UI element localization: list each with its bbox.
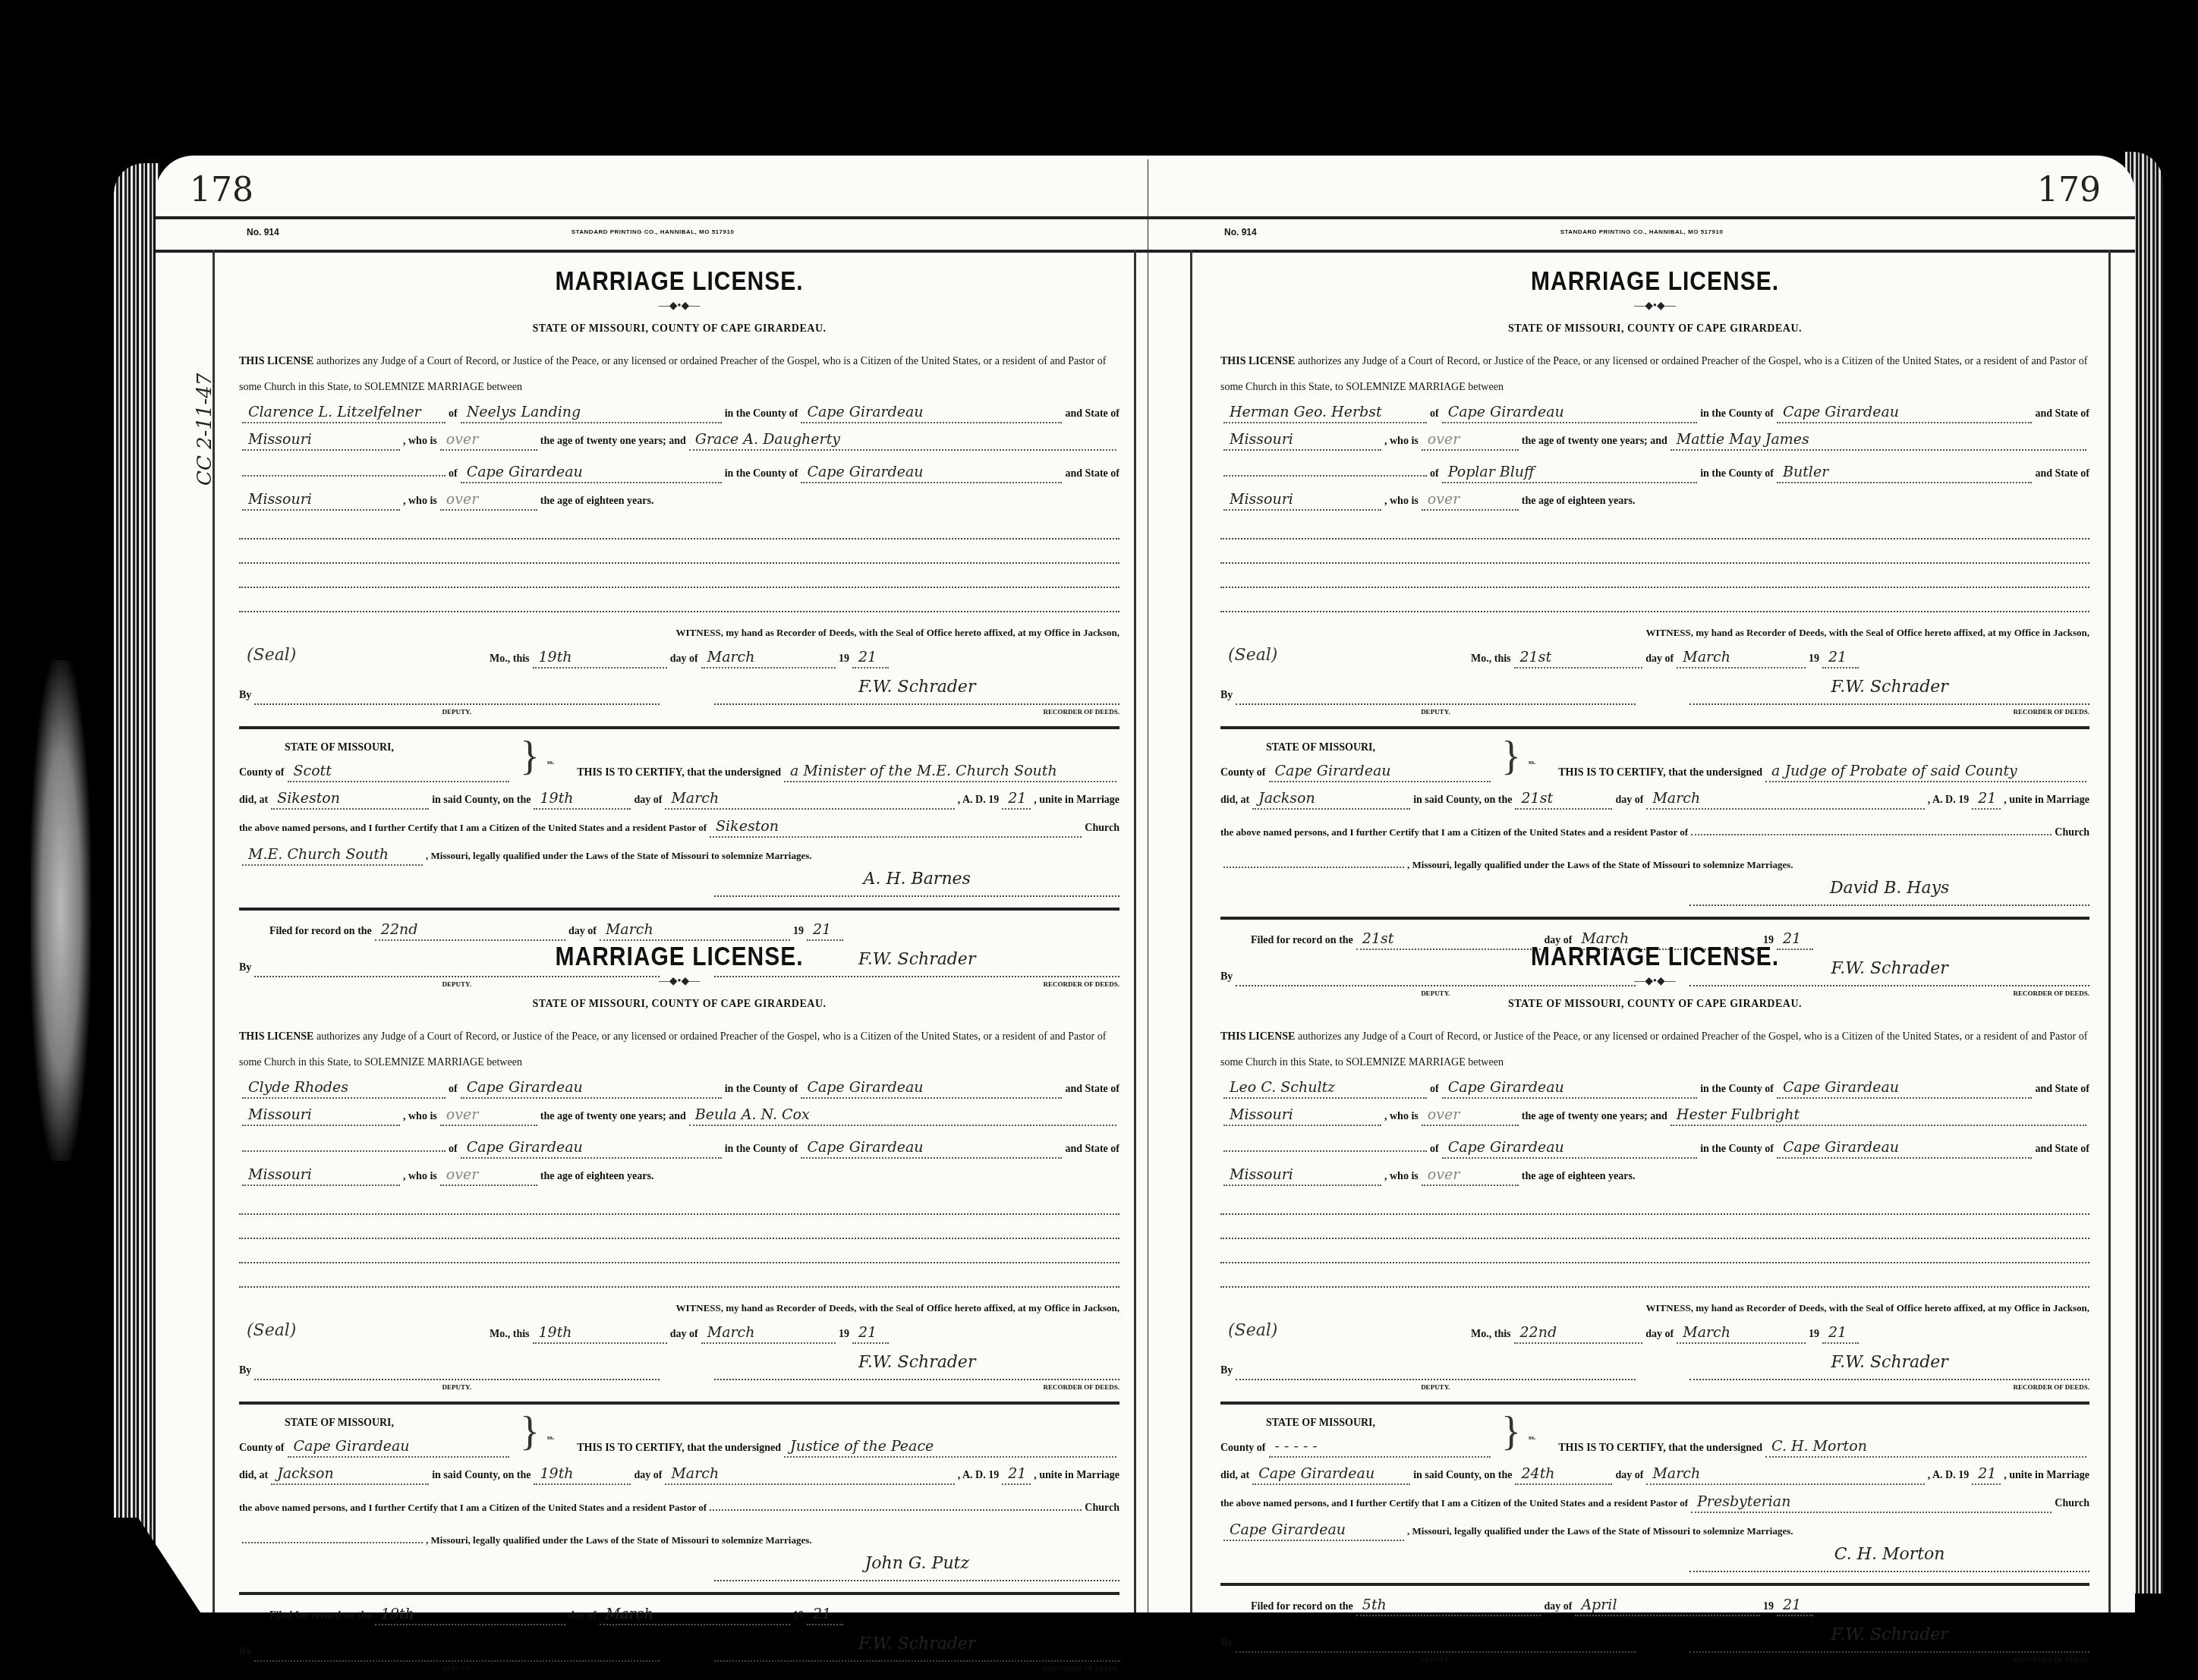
bride-name: Hester Fulbright (1671, 1105, 2086, 1126)
ceremony-day: 24th (1515, 1464, 1612, 1485)
recorder-signature: F.W. Schrader (714, 678, 1119, 705)
page-number: 178 (190, 171, 253, 209)
church-location: Cape Girardeau (1223, 1520, 1404, 1541)
license-title: MARRIAGE LICENSE. (239, 942, 1119, 972)
section-divider (1220, 917, 2089, 920)
groom-residence: Cape Girardeau (1442, 402, 1697, 423)
ceremony-place: Sikeston (271, 788, 429, 810)
authorization-text: THIS LICENSE authorizes any Judge of a C… (239, 349, 1119, 401)
bride-row: of Cape Girardeau in the County of Cape … (1220, 1131, 2089, 1163)
ornament-divider: —◆•◆— (239, 300, 1119, 313)
groom-row: Leo C. Schultz of Cape Girardeau in the … (1220, 1076, 2089, 1103)
certificate-county: Cape Girardeau (288, 1436, 509, 1458)
issued-year: 21 (852, 1323, 889, 1344)
bride-age: over (440, 489, 537, 511)
bride-residence: Cape Girardeau (461, 1137, 722, 1159)
blank-line (1220, 1263, 2089, 1288)
groom-county: Cape Girardeau (1777, 402, 2032, 423)
witness-date-row: Mo., this 19th day of March 19 21 (239, 646, 1119, 673)
blank-line (239, 1263, 1119, 1288)
groom-state-row: Missouri , who is over the age of twenty… (239, 1103, 1119, 1131)
bride-residence: Cape Girardeau (1442, 1137, 1697, 1159)
page-stack-left-edge (114, 163, 159, 1590)
scan-smudge (30, 660, 91, 1161)
section-divider (1220, 1583, 2089, 1586)
groom-row: Clyde Rhodes of Cape Girardeau in the Co… (239, 1076, 1119, 1103)
pastor-of (1691, 814, 2052, 835)
officiant-title: C. H. Morton (1765, 1436, 2086, 1458)
filed-row: Filed for record on the 5th day of April… (1220, 1593, 2089, 1621)
bride-state: Missouri (1223, 1165, 1381, 1186)
bride-state: Missouri (242, 489, 400, 511)
pastor-of: Sikeston (710, 816, 1082, 838)
bride-state: Missouri (242, 1165, 400, 1186)
blank-line (239, 1191, 1119, 1215)
officiant-signature: John G. Putz (714, 1554, 1119, 1581)
bride-county: Cape Girardeau (801, 1137, 1062, 1159)
ceremony-day: 19th (534, 788, 631, 810)
groom-state-row: Missouri , who is over the age of twenty… (1220, 1103, 2089, 1131)
groom-county: Cape Girardeau (801, 402, 1062, 423)
certificate-county: Cape Girardeau (1269, 761, 1491, 782)
page-179: 179 No. 914 STANDARD PRINTING CO., HANNI… (1148, 156, 2135, 1612)
ceremony-row: did, at Sikeston in said County, on the … (239, 787, 1119, 814)
filed-month: March (600, 1604, 790, 1625)
pastor-row: the above named persons, and I further C… (239, 814, 1119, 842)
officiant-title: a Minister of the M.E. Church South (784, 761, 1116, 782)
blank-line (1220, 1191, 2089, 1215)
blank-line (1220, 564, 2089, 588)
groom-age: over (440, 429, 537, 451)
groom-residence: Cape Girardeau (1442, 1078, 1697, 1099)
section-divider (239, 1592, 1119, 1595)
certificate-county: - - - - - (1269, 1436, 1491, 1458)
groom-name: Leo C. Schultz (1223, 1078, 1427, 1099)
state-county-heading: STATE OF MISSOURI, COUNTY OF CAPE GIRARD… (239, 323, 1119, 335)
groom-state-row: Missouri , who is over the age of twenty… (239, 428, 1119, 455)
witness-date-row: Mo., this 19th day of March 19 21 (239, 1321, 1119, 1348)
blank-line (1220, 1239, 2089, 1263)
issued-month: March (701, 647, 836, 669)
qualified-row: M.E. Church South , Missouri, legally qu… (239, 842, 1119, 870)
blank-line (239, 1239, 1119, 1263)
issued-day: 22nd (1514, 1323, 1643, 1344)
groom-name: Herman Geo. Herbst (1223, 402, 1427, 423)
blank-line (239, 515, 1119, 540)
page-number: 179 (2037, 171, 2101, 209)
seal-mark: (Seal) (247, 1321, 296, 1340)
issued-day: 19th (533, 1323, 667, 1344)
issued-year: 21 (852, 647, 889, 669)
certificate-county: Scott (288, 761, 509, 782)
issued-day: 19th (533, 647, 667, 669)
ornament-divider: —◆•◆— (1220, 975, 2089, 988)
blank-line (239, 1215, 1119, 1239)
groom-row: Clarence L. Litzelfelner of Neelys Landi… (239, 401, 1119, 428)
ceremony-row: did, at Jackson in said County, on the 2… (1220, 787, 2089, 814)
printer-imprint: STANDARD PRINTING CO., HANNIBAL, MO 5179… (1148, 228, 2135, 235)
section-divider (1220, 726, 2089, 729)
deputy-signature (254, 1353, 660, 1380)
ceremony-month: March (1646, 1464, 1924, 1485)
page-178: 178 No. 914 STANDARD PRINTING CO., HANNI… (156, 156, 1150, 1612)
certificate-header: STATE OF MISSOURI, County of Cape Girard… (1220, 737, 2089, 787)
license-title: MARRIAGE LICENSE. (1220, 267, 2089, 297)
ceremony-month: March (665, 788, 954, 810)
authorization-text: THIS LICENSE authorizes any Judge of a C… (1220, 349, 2089, 401)
ceremony-year: 21 (1002, 1464, 1031, 1485)
church-location (1223, 847, 1404, 868)
officiant-signature: David B. Hays (1689, 879, 2089, 906)
church-location (242, 1522, 423, 1543)
witness-block: WITNESS, my hand as Recorder of Deeds, w… (1220, 1295, 2089, 1391)
recorder-signature: F.W. Schrader (1689, 678, 2089, 705)
qualified-row: , Missouri, legally qualified under the … (1220, 847, 2089, 879)
pastor-row: the above named persons, and I further C… (1220, 814, 2089, 847)
section-divider (239, 908, 1119, 911)
bride-county: Cape Girardeau (1777, 1137, 2032, 1159)
seal-mark: (Seal) (1228, 1321, 1277, 1340)
ornament-divider: —◆•◆— (239, 975, 1119, 988)
ceremony-place: Jackson (1252, 788, 1410, 810)
recorder-signature: F.W. Schrader (714, 1353, 1119, 1380)
printer-imprint: STANDARD PRINTING CO., HANNIBAL, MO 5179… (156, 228, 1150, 235)
groom-state-row: Missouri , who is over the age of twenty… (1220, 428, 2089, 455)
filed-row: Filed for record on the 19th day of Marc… (239, 1603, 1119, 1630)
bride-county: Butler (1777, 462, 2032, 483)
deputy-signature (254, 678, 660, 705)
bride-name: Beula A. N. Cox (689, 1105, 1116, 1126)
blank-line (1220, 515, 2089, 540)
blank-line (239, 540, 1119, 564)
qualified-row: Cape Girardeau , Missouri, legally quali… (1220, 1518, 2089, 1545)
form-header-band: No. 914 STANDARD PRINTING CO., HANNIBAL,… (1148, 216, 2135, 253)
ceremony-year: 21 (1002, 788, 1031, 810)
bride-state-row: Missouri , who is over the age of eighte… (239, 1163, 1119, 1191)
bride-age: over (1422, 1165, 1519, 1186)
license-entry: MARRIAGE LICENSE. —◆•◆— STATE OF MISSOUR… (1220, 254, 2089, 937)
pastor-of: Presbyterian (1691, 1492, 2052, 1513)
license-title: MARRIAGE LICENSE. (239, 267, 1119, 297)
recorder-signature: F.W. Schrader (1689, 1353, 2089, 1380)
brace: } (520, 1412, 540, 1462)
ceremony-place: Jackson (271, 1464, 429, 1485)
bride-row: of Cape Girardeau in the County of Cape … (239, 455, 1119, 488)
bride-state-row: Missouri , who is over the age of eighte… (239, 488, 1119, 515)
bride-residence: Cape Girardeau (461, 462, 722, 483)
witness-date-row: Mo., this 21st day of March 19 21 (1220, 646, 2089, 673)
groom-age: over (440, 1105, 537, 1126)
deputy-signature (1236, 1625, 1636, 1653)
license-entry: MARRIAGE LICENSE. —◆•◆— STATE OF MISSOUR… (239, 254, 1119, 937)
state-county-heading: STATE OF MISSOURI, COUNTY OF CAPE GIRARD… (1220, 999, 2089, 1011)
recorder-signature-row: By DEPUTY. F.W. Schrader RECORDER OF DEE… (1220, 678, 2089, 716)
issued-month: March (1677, 647, 1806, 669)
recorder-signature-row: By DEPUTY. F.W. Schrader RECORDER OF DEE… (239, 1353, 1119, 1391)
ceremony-year: 21 (1972, 788, 2001, 810)
ceremony-month: March (1646, 788, 1924, 810)
recorder-signature-row: By DEPUTY. F.W. Schrader RECORDER OF DEE… (239, 678, 1119, 716)
witness-date-row: Mo., this 22nd day of March 19 21 (1220, 1321, 2089, 1348)
ceremony-place: Cape Girardeau (1252, 1464, 1410, 1485)
officiant-title: a Judge of Probate of said County (1765, 761, 2086, 782)
groom-name: Clyde Rhodes (242, 1078, 446, 1099)
bride-state: Missouri (1223, 489, 1381, 511)
form-header-band: No. 914 STANDARD PRINTING CO., HANNIBAL,… (156, 216, 1150, 253)
bride-age: over (440, 1165, 537, 1186)
authorization-text: THIS LICENSE authorizes any Judge of a C… (1220, 1024, 2089, 1076)
pastor-row: the above named persons, and I further C… (239, 1490, 1119, 1522)
section-divider (239, 726, 1119, 729)
bride-county: Cape Girardeau (801, 462, 1062, 483)
margin-annotation: CC 2-11-47 (194, 373, 216, 486)
filed-day: 19th (375, 1604, 565, 1625)
blank-line (1220, 540, 2089, 564)
bride-state-row: Missouri , who is over the age of eighte… (1220, 1163, 2089, 1191)
officiant-signature: A. H. Barnes (714, 870, 1119, 897)
bride-row: of Cape Girardeau in the County of Cape … (239, 1131, 1119, 1163)
groom-age: over (1422, 1105, 1519, 1126)
bride-residence: Poplar Bluff (1442, 462, 1697, 483)
witness-text: WITNESS, my hand as Recorder of Deeds, w… (1220, 620, 2089, 646)
bride-state-row: Missouri , who is over the age of eighte… (1220, 488, 2089, 515)
groom-residence: Neelys Landing (461, 402, 722, 423)
recorder-signature-row: By DEPUTY. F.W. Schrader RECORDER OF DEE… (1220, 1353, 2089, 1391)
authorization-text: THIS LICENSE authorizes any Judge of a C… (239, 1024, 1119, 1076)
license-entry: MARRIAGE LICENSE. —◆•◆— STATE OF MISSOUR… (1220, 930, 2089, 1612)
certificate-header: STATE OF MISSOURI, County of Cape Girard… (239, 1412, 1119, 1462)
recorder-signature: F.W. Schrader (714, 1634, 1119, 1662)
groom-state: Missouri (242, 429, 400, 451)
filed-year: 21 (1777, 1595, 1813, 1616)
witness-text: WITNESS, my hand as Recorder of Deeds, w… (239, 620, 1119, 646)
bride-name: Mattie May James (1671, 429, 2086, 451)
ceremony-day: 19th (534, 1464, 631, 1485)
witness-block: WITNESS, my hand as Recorder of Deeds, w… (1220, 620, 2089, 716)
recorder-signature: F.W. Schrader (1689, 1625, 2089, 1653)
witness-block: WITNESS, my hand as Recorder of Deeds, w… (239, 620, 1119, 716)
blank-line (1220, 588, 2089, 612)
issued-day: 21st (1514, 647, 1643, 669)
brace: } (1501, 737, 1521, 787)
filed-year: 21 (807, 1604, 843, 1625)
deputy-signature (254, 1634, 660, 1662)
groom-county: Cape Girardeau (1777, 1078, 2032, 1099)
groom-county: Cape Girardeau (801, 1078, 1062, 1099)
margin-rule (1190, 250, 1192, 1612)
certificate-header: STATE OF MISSOURI, County of - - - - - }… (1220, 1412, 2089, 1462)
state-county-heading: STATE OF MISSOURI, COUNTY OF CAPE GIRARD… (239, 999, 1119, 1011)
filed-signature-row: By DEPUTY. F.W. Schrader RECORDER OF DEE… (1220, 1625, 2089, 1663)
bride-name: Grace A. Daugherty (689, 429, 1116, 451)
bride-row: of Poplar Bluff in the County of Butler … (1220, 455, 2089, 488)
issued-year: 21 (1822, 647, 1859, 669)
issued-year: 21 (1822, 1323, 1859, 1344)
groom-row: Herman Geo. Herbst of Cape Girardeau in … (1220, 401, 2089, 428)
filed-signature-row: By DEPUTY. F.W. Schrader RECORDER OF DEE… (239, 1634, 1119, 1672)
filed-day: 5th (1356, 1595, 1541, 1616)
officiant-signature: C. H. Morton (1689, 1545, 2089, 1572)
qualified-row: , Missouri, legally qualified under the … (239, 1522, 1119, 1554)
license-title: MARRIAGE LICENSE. (1220, 942, 2089, 972)
brace: } (1501, 1412, 1521, 1462)
ceremony-row: did, at Jackson in said County, on the 1… (239, 1462, 1119, 1490)
pastor-of (710, 1490, 1082, 1511)
witness-block: WITNESS, my hand as Recorder of Deeds, w… (239, 1295, 1119, 1391)
blank-line (239, 588, 1119, 612)
license-entry: MARRIAGE LICENSE. —◆•◆— STATE OF MISSOUR… (239, 930, 1119, 1612)
section-divider (1220, 1402, 2089, 1405)
issued-month: March (701, 1323, 836, 1344)
groom-name: Clarence L. Litzelfelner (242, 402, 446, 423)
issued-month: March (1677, 1323, 1806, 1344)
pastor-row: the above named persons, and I further C… (1220, 1490, 2089, 1518)
section-divider (239, 1402, 1119, 1405)
officiant-title: Justice of the Peace (784, 1436, 1116, 1458)
blank-line (1220, 1215, 2089, 1239)
witness-text: WITNESS, my hand as Recorder of Deeds, w… (1220, 1295, 2089, 1321)
seal-mark: (Seal) (247, 646, 296, 665)
margin-rule (2108, 250, 2111, 1612)
state-county-heading: STATE OF MISSOURI, COUNTY OF CAPE GIRARD… (1220, 323, 2089, 335)
groom-state: Missouri (1223, 1105, 1381, 1126)
groom-residence: Cape Girardeau (461, 1078, 722, 1099)
deputy-signature (1236, 678, 1636, 705)
groom-state: Missouri (242, 1105, 400, 1126)
bride-age: over (1422, 489, 1519, 511)
seal-mark: (Seal) (1228, 646, 1277, 665)
ceremony-day: 21st (1515, 788, 1612, 810)
ornament-divider: —◆•◆— (1220, 300, 2089, 313)
deputy-signature (1236, 1353, 1636, 1380)
ceremony-month: March (665, 1464, 954, 1485)
ceremony-year: 21 (1972, 1464, 2001, 1485)
groom-age: over (1422, 429, 1519, 451)
groom-state: Missouri (1223, 429, 1381, 451)
filed-month: April (1575, 1595, 1760, 1616)
witness-text: WITNESS, my hand as Recorder of Deeds, w… (239, 1295, 1119, 1321)
margin-rule (1134, 250, 1136, 1612)
ceremony-row: did, at Cape Girardeau in said County, o… (1220, 1462, 2089, 1490)
blank-line (239, 564, 1119, 588)
certificate-header: STATE OF MISSOURI, County of Scott } ss.… (239, 737, 1119, 787)
church-location: M.E. Church South (242, 845, 423, 866)
brace: } (520, 737, 540, 787)
